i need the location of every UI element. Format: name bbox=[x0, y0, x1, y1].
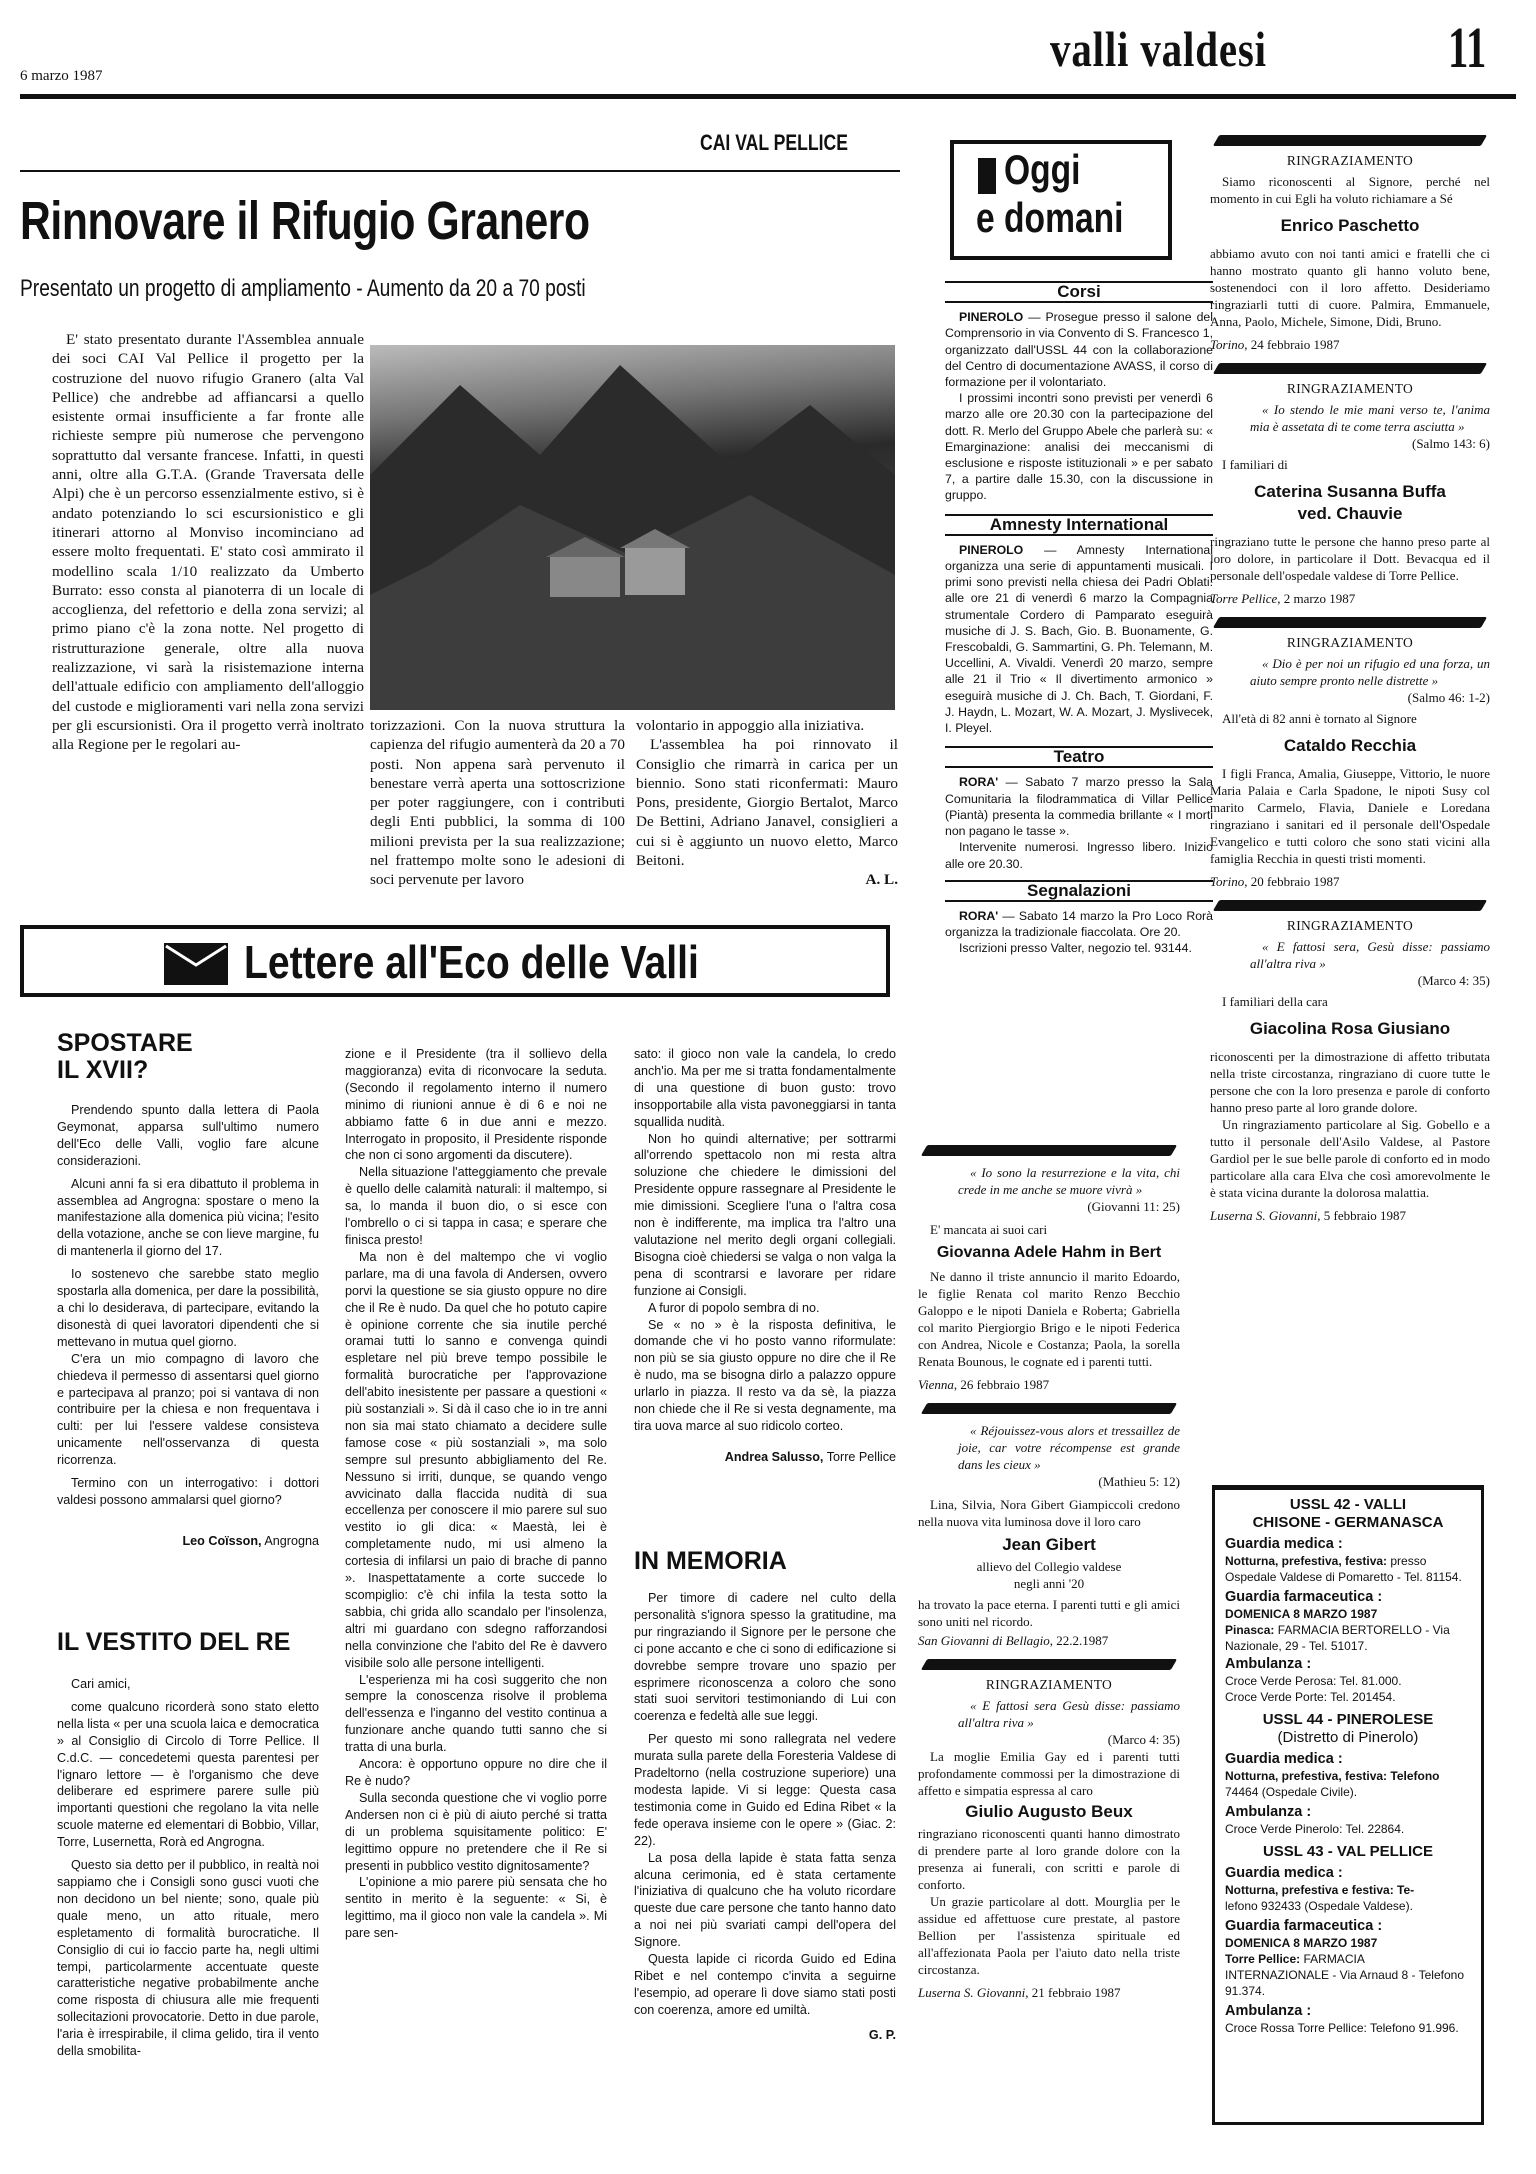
notice-name: Caterina Susanna Buffa ved. Chauvie bbox=[1210, 481, 1490, 525]
notice-name: Giovanna Adele Hahm in Bert bbox=[918, 1242, 1180, 1264]
ussl43-ambulanza-line: Croce Rossa Torre Pellice: Telefono 91.9… bbox=[1225, 2020, 1471, 2036]
mourning-bar bbox=[1213, 363, 1487, 374]
ussl42-heading: USSL 42 - VALLI CHISONE - GERMANASCA bbox=[1225, 1496, 1471, 1532]
ussl43-guardia-medica-text: lefono 932433 (Ospedale Valdese). bbox=[1225, 1898, 1471, 1914]
notice-quote: « Réjouissez-vous alors et tressaillez d… bbox=[918, 1422, 1180, 1473]
masthead-rule bbox=[20, 94, 1516, 99]
letter-paragraph: La posa della lapide è stata fatta senza… bbox=[634, 1850, 896, 1951]
notice-ref: (Salmo 46: 1-2) bbox=[1210, 689, 1490, 706]
notices-middle: « Io sono la resurrezione e la vita, chi… bbox=[918, 1145, 1180, 2001]
notice-name: Giulio Augusto Beux bbox=[918, 1801, 1180, 1823]
letter-vestito-col1: Cari amici, come qualcuno ricorderà sono… bbox=[57, 1676, 319, 2060]
ussl44-ambulanza-line: Croce Verde Pinerolo: Tel. 22864. bbox=[1225, 1821, 1471, 1837]
notice-place-date: Luserna S. Giovanni, 5 febbraio 1987 bbox=[1210, 1207, 1490, 1224]
notice-ref: (Giovanni 11: 25) bbox=[918, 1198, 1180, 1215]
notice-body: riconoscenti per la dimostrazione di aff… bbox=[1210, 1048, 1490, 1116]
article-paragraph: L'assemblea ha poi rinnovato il Consigli… bbox=[636, 735, 898, 870]
notices-right: RINGRAZIAMENTO Siamo riconoscenti al Sig… bbox=[1210, 135, 1490, 1224]
letter-vestito-col3: sato: il gioco non vale la candela, lo c… bbox=[634, 1046, 896, 1466]
notice-place-date: Torino, 24 febbraio 1987 bbox=[1210, 336, 1490, 353]
notice-title: RINGRAZIAMENTO bbox=[918, 1676, 1180, 1693]
oggi-domani-title-1: Oggi bbox=[1004, 148, 1081, 192]
letter-paragraph: Questa lapide ci ricorda Guido ed Edina … bbox=[634, 1951, 896, 2019]
notice-place-date: Torino, 20 febbraio 1987 bbox=[1210, 873, 1490, 890]
article-signature: A. L. bbox=[636, 870, 898, 889]
article-paragraph: E' stato presentato durante l'Assemblea … bbox=[52, 330, 364, 755]
mourning-bar bbox=[921, 1403, 1177, 1414]
notice-name: Giacolina Rosa Giusiano bbox=[1210, 1018, 1490, 1040]
notice-paschetto: RINGRAZIAMENTO Siamo riconoscenti al Sig… bbox=[1210, 152, 1490, 353]
notice-body: Un grazie particolare al dott. Mourglia … bbox=[918, 1893, 1180, 1978]
listing-paragraph: PINEROLO — Prosegue presso il salone del… bbox=[945, 309, 1213, 390]
notice-place-date: Vienna, 26 febbraio 1987 bbox=[918, 1376, 1180, 1393]
section-teatro: Teatro RORA' — Sabato 7 marzo presso la … bbox=[945, 746, 1213, 871]
letter-paragraph: Questo sia detto per il pubblico, in rea… bbox=[57, 1857, 319, 2060]
article-column-2: torizzazioni. Con la nuova struttura la … bbox=[370, 716, 625, 890]
letter-spostare: SPOSTARE IL XVII? Prendendo spunto dalla… bbox=[57, 1030, 319, 1550]
oggi-domani-box: Oggi e domani bbox=[950, 140, 1172, 260]
article-headline: Rinnovare il Rifugio Granero bbox=[20, 190, 590, 252]
notice-intro: I familiari di bbox=[1210, 456, 1490, 473]
black-square-icon bbox=[978, 158, 996, 194]
notice-beux: RINGRAZIAMENTO « E fattosi sera Gesù dis… bbox=[918, 1676, 1180, 2001]
letter-paragraph: Se « no » è la risposta definitiva, le d… bbox=[634, 1317, 896, 1435]
ussl43-farmaceutica-text: Torre Pellice: FARMACIA INTERNAZIONALE -… bbox=[1225, 1951, 1471, 1999]
notice-title: RINGRAZIAMENTO bbox=[1210, 634, 1490, 651]
ussl42-farmaceutica-heading: Guardia farmaceutica : bbox=[1225, 1589, 1471, 1606]
notice-name: Jean Gibert bbox=[918, 1534, 1180, 1556]
notice-gibert: « Réjouissez-vous alors et tressaillez d… bbox=[918, 1422, 1180, 1649]
letter-memoria-title: IN MEMORIA bbox=[634, 1547, 787, 1576]
notice-title: RINGRAZIAMENTO bbox=[1210, 152, 1490, 169]
notice-ref: (Marco 4: 35) bbox=[918, 1731, 1180, 1748]
mourning-bar bbox=[1213, 617, 1487, 628]
listing-paragraph: Iscrizioni presso Valter, negozio tel. 9… bbox=[945, 940, 1213, 956]
notice-body: ringraziano riconoscenti quanti hanno di… bbox=[918, 1825, 1180, 1893]
letter-memoria-body: Per timore di cadere nel culto della per… bbox=[634, 1590, 896, 2044]
letter-paragraph: A furor di popolo sembra di no. bbox=[634, 1300, 896, 1317]
ussl43-farmaceutica-date: DOMENICA 8 MARZO 1987 bbox=[1225, 1935, 1471, 1951]
letter-vestito-title: IL VESTITO DEL RE bbox=[57, 1628, 290, 1657]
notice-quote: « Io sono la resurrezione e la vita, chi… bbox=[918, 1164, 1180, 1198]
page-number: 11 bbox=[1448, 14, 1486, 81]
letter-paragraph: Per questo mi sono rallegrata nel vedere… bbox=[634, 1731, 896, 1849]
letter-title: SPOSTARE IL XVII? bbox=[57, 1030, 319, 1084]
notice-title: RINGRAZIAMENTO bbox=[1210, 917, 1490, 934]
ussl42-ambulanza-line: Croce Verde Porte: Tel. 201454. bbox=[1225, 1689, 1471, 1705]
notice-intro: E' mancata ai suoi cari bbox=[918, 1221, 1180, 1238]
notice-quote: « E fattosi sera, Gesù disse: passiamo a… bbox=[1210, 938, 1490, 972]
mountain-refuge-photo bbox=[370, 345, 895, 710]
letter-paragraph: Prendendo spunto dalla lettera di Paola … bbox=[57, 1102, 319, 1170]
notice-intro: Lina, Silvia, Nora Gibert Giampiccoli cr… bbox=[918, 1496, 1180, 1530]
section-corsi: Corsi PINEROLO — Prosegue presso il salo… bbox=[945, 281, 1213, 504]
ussl44-guardia-medica-text: Notturna, prefestiva, festiva: Telefono … bbox=[1225, 1768, 1471, 1800]
section-heading: Amnesty International bbox=[945, 514, 1213, 536]
listing-paragraph: I prossimi incontri sono previsti per ve… bbox=[945, 390, 1213, 503]
letter-paragraph: Nella situazione l'atteggiamento che pre… bbox=[345, 1164, 607, 1249]
notice-place-date: Torre Pellice, 2 marzo 1987 bbox=[1210, 590, 1490, 607]
letter-paragraph: Non ho quindi alternative; per sottrarmi… bbox=[634, 1131, 896, 1300]
section-amnesty: Amnesty International PINEROLO — Amnesty… bbox=[945, 514, 1213, 737]
notice-body: Un ringraziamento particolare al Sig. Go… bbox=[1210, 1116, 1490, 1201]
letter-paragraph: Ma non è del maltempo che vi voglio parl… bbox=[345, 1249, 607, 1672]
newspaper-title: valli valdesi bbox=[1050, 20, 1267, 78]
kicker-rule bbox=[20, 170, 900, 172]
envelope-icon bbox=[164, 943, 228, 985]
ussl43-farmaceutica-heading: Guardia farmaceutica : bbox=[1225, 1918, 1471, 1935]
notice-ref: (Marco 4: 35) bbox=[1210, 972, 1490, 989]
article-kicker: CAI VAL PELLICE bbox=[700, 130, 848, 156]
photo-mountains-svg bbox=[370, 345, 895, 710]
ussl44-heading: USSL 44 - PINEROLESE (Distretto di Piner… bbox=[1225, 1711, 1471, 1747]
notice-hahm: « Io sono la resurrezione e la vita, chi… bbox=[918, 1164, 1180, 1393]
ussl44-ambulanza-heading: Ambulanza : bbox=[1225, 1804, 1471, 1821]
letter-paragraph: come qualcuno ricorderà sono stato elett… bbox=[57, 1699, 319, 1851]
notice-ref: (Salmo 143: 6) bbox=[1210, 435, 1490, 452]
notice-name: Cataldo Recchia bbox=[1210, 735, 1490, 757]
article-column-3: volontario in appoggio alla iniziativa. … bbox=[636, 716, 898, 890]
section-heading: Teatro bbox=[945, 746, 1213, 768]
letter-paragraph: Alcuni anni fa si era dibattuto il probl… bbox=[57, 1176, 319, 1261]
ussl-emergency-box: USSL 42 - VALLI CHISONE - GERMANASCA Gua… bbox=[1212, 1485, 1484, 2125]
letter-paragraph: sato: il gioco non vale la candela, lo c… bbox=[634, 1046, 896, 1131]
ussl42-farmaceutica-date: DOMENICA 8 MARZO 1987 bbox=[1225, 1606, 1471, 1622]
notice-recchia: RINGRAZIAMENTO « Dio è per noi un rifugi… bbox=[1210, 634, 1490, 890]
letter-paragraph: Sulla seconda questione che vi voglio po… bbox=[345, 1790, 607, 1875]
letter-paragraph: Termino con un interrogativo: i dottori … bbox=[57, 1475, 319, 1509]
letter-paragraph: L'esperienza mi ha così suggerito che no… bbox=[345, 1672, 607, 1757]
notice-quote: « Io stendo le mie mani verso te, l'anim… bbox=[1210, 401, 1490, 435]
notice-quote: « Dio è per noi un rifugio ed una forza,… bbox=[1210, 655, 1490, 689]
letter-paragraph: C'era un mio compagno di lavoro che chie… bbox=[57, 1351, 319, 1469]
ussl44-guardia-medica-heading: Guardia medica : bbox=[1225, 1751, 1471, 1768]
notice-sub: allievo del Collegio valdese bbox=[918, 1558, 1180, 1575]
ussl43-guardia-medica-bold: Notturna, prefestiva e festiva: Te- bbox=[1225, 1882, 1471, 1898]
notice-place-date: San Giovanni di Bellagio, 22.2.1987 bbox=[918, 1632, 1180, 1649]
letter-paragraph: Cari amici, bbox=[57, 1676, 319, 1693]
section-segnalazioni: Segnalazioni RORA' — Sabato 14 marzo la … bbox=[945, 880, 1213, 957]
notice-intro: I familiari della cara bbox=[1210, 993, 1490, 1010]
article-paragraph: torizzazioni. Con la nuova struttura la … bbox=[370, 716, 625, 890]
ussl42-farmaceutica-text: Pinasca: FARMACIA BERTORELLO - Via Nazio… bbox=[1225, 1622, 1471, 1654]
letter-paragraph: Per timore di cadere nel culto della per… bbox=[634, 1590, 896, 1725]
notice-giusiano: RINGRAZIAMENTO « E fattosi sera, Gesù di… bbox=[1210, 917, 1490, 1224]
article-subheadline: Presentato un progetto di ampliamento - … bbox=[20, 275, 586, 303]
letter-signature: Leo Coïsson, Angrogna bbox=[57, 1533, 319, 1550]
letter-paragraph: Ancora: è opportuno oppure no dire che i… bbox=[345, 1756, 607, 1790]
listing-paragraph: RORA' — Sabato 14 marzo la Pro Loco Rorà… bbox=[945, 908, 1213, 940]
ussl43-heading: USSL 43 - VAL PELLICE bbox=[1225, 1843, 1471, 1861]
mourning-bar bbox=[921, 1145, 1177, 1156]
ussl42-ambulanza-line: Croce Verde Perosa: Tel. 81.000. bbox=[1225, 1673, 1471, 1689]
listing-paragraph: Intervenite numerosi. Ingresso libero. I… bbox=[945, 839, 1213, 871]
letters-banner: Lettere all'Eco delle Valli bbox=[20, 925, 890, 997]
ussl42-guardia-medica-heading: Guardia medica : bbox=[1225, 1536, 1471, 1553]
section-heading: Corsi bbox=[945, 281, 1213, 303]
issue-date: 6 marzo 1987 bbox=[20, 68, 102, 85]
letter-paragraph: Io sostenevo che sarebbe stato meglio sp… bbox=[57, 1266, 319, 1351]
oggi-domani-listings: Corsi PINEROLO — Prosegue presso il salo… bbox=[945, 281, 1213, 957]
notice-body: I figli Franca, Amalia, Giuseppe, Vittor… bbox=[1210, 765, 1490, 867]
letter-paragraph: L'opinione a mio parere più sensata che … bbox=[345, 1874, 607, 1942]
article-paragraph: volontario in appoggio alla iniziativa. bbox=[636, 716, 898, 735]
notice-intro: All'età di 82 anni è tornato al Signore bbox=[1210, 710, 1490, 727]
letter-vestito-col2: zione e il Presidente (tra il sollievo d… bbox=[345, 1046, 607, 1942]
listing-paragraph: PINEROLO — Amnesty International organiz… bbox=[945, 542, 1213, 736]
ussl43-guardia-medica-heading: Guardia medica : bbox=[1225, 1865, 1471, 1882]
mourning-bar bbox=[1213, 900, 1487, 911]
letter-signature: G. P. bbox=[634, 2027, 896, 2044]
notice-body: abbiamo avuto con noi tanti amici e frat… bbox=[1210, 245, 1490, 330]
notice-body: ringraziano tutte le persone che hanno p… bbox=[1210, 533, 1490, 584]
mourning-bar bbox=[921, 1659, 1177, 1670]
notice-body: ha trovato la pace eterna. I parenti tut… bbox=[918, 1596, 1180, 1630]
ussl43-ambulanza-heading: Ambulanza : bbox=[1225, 2003, 1471, 2020]
article-column-1: E' stato presentato durante l'Assemblea … bbox=[52, 330, 364, 755]
notice-quote: « E fattosi sera Gesù disse: passiamo al… bbox=[918, 1697, 1180, 1731]
notice-ref: (Mathieu 5: 12) bbox=[918, 1473, 1180, 1490]
notice-name: Enrico Paschetto bbox=[1210, 215, 1490, 237]
notice-title: RINGRAZIAMENTO bbox=[1210, 380, 1490, 397]
notice-body: Ne danno il triste annuncio il marito Ed… bbox=[918, 1268, 1180, 1370]
notice-sub: negli anni '20 bbox=[918, 1575, 1180, 1592]
letter-paragraph: zione e il Presidente (tra il sollievo d… bbox=[345, 1046, 607, 1164]
letter-signature: Andrea Salusso, Torre Pellice bbox=[634, 1449, 896, 1466]
oggi-domani-title-2: e domani bbox=[976, 196, 1124, 240]
notice-buffa: RINGRAZIAMENTO « Io stendo le mie mani v… bbox=[1210, 380, 1490, 607]
letters-banner-title: Lettere all'Eco delle Valli bbox=[244, 935, 699, 989]
section-heading: Segnalazioni bbox=[945, 880, 1213, 902]
ussl42-guardia-medica-text: Notturna, prefestiva, festiva: presso Os… bbox=[1225, 1553, 1471, 1585]
notice-intro: Siamo riconoscenti al Signore, perché ne… bbox=[1210, 173, 1490, 207]
mourning-bar bbox=[1213, 135, 1487, 146]
ussl42-ambulanza-heading: Ambulanza : bbox=[1225, 1656, 1471, 1673]
notice-intro: La moglie Emilia Gay ed i parenti tutti … bbox=[918, 1748, 1180, 1799]
listing-paragraph: RORA' — Sabato 7 marzo presso la Sala Co… bbox=[945, 774, 1213, 839]
notice-place-date: Luserna S. Giovanni, 21 febbraio 1987 bbox=[918, 1984, 1180, 2001]
